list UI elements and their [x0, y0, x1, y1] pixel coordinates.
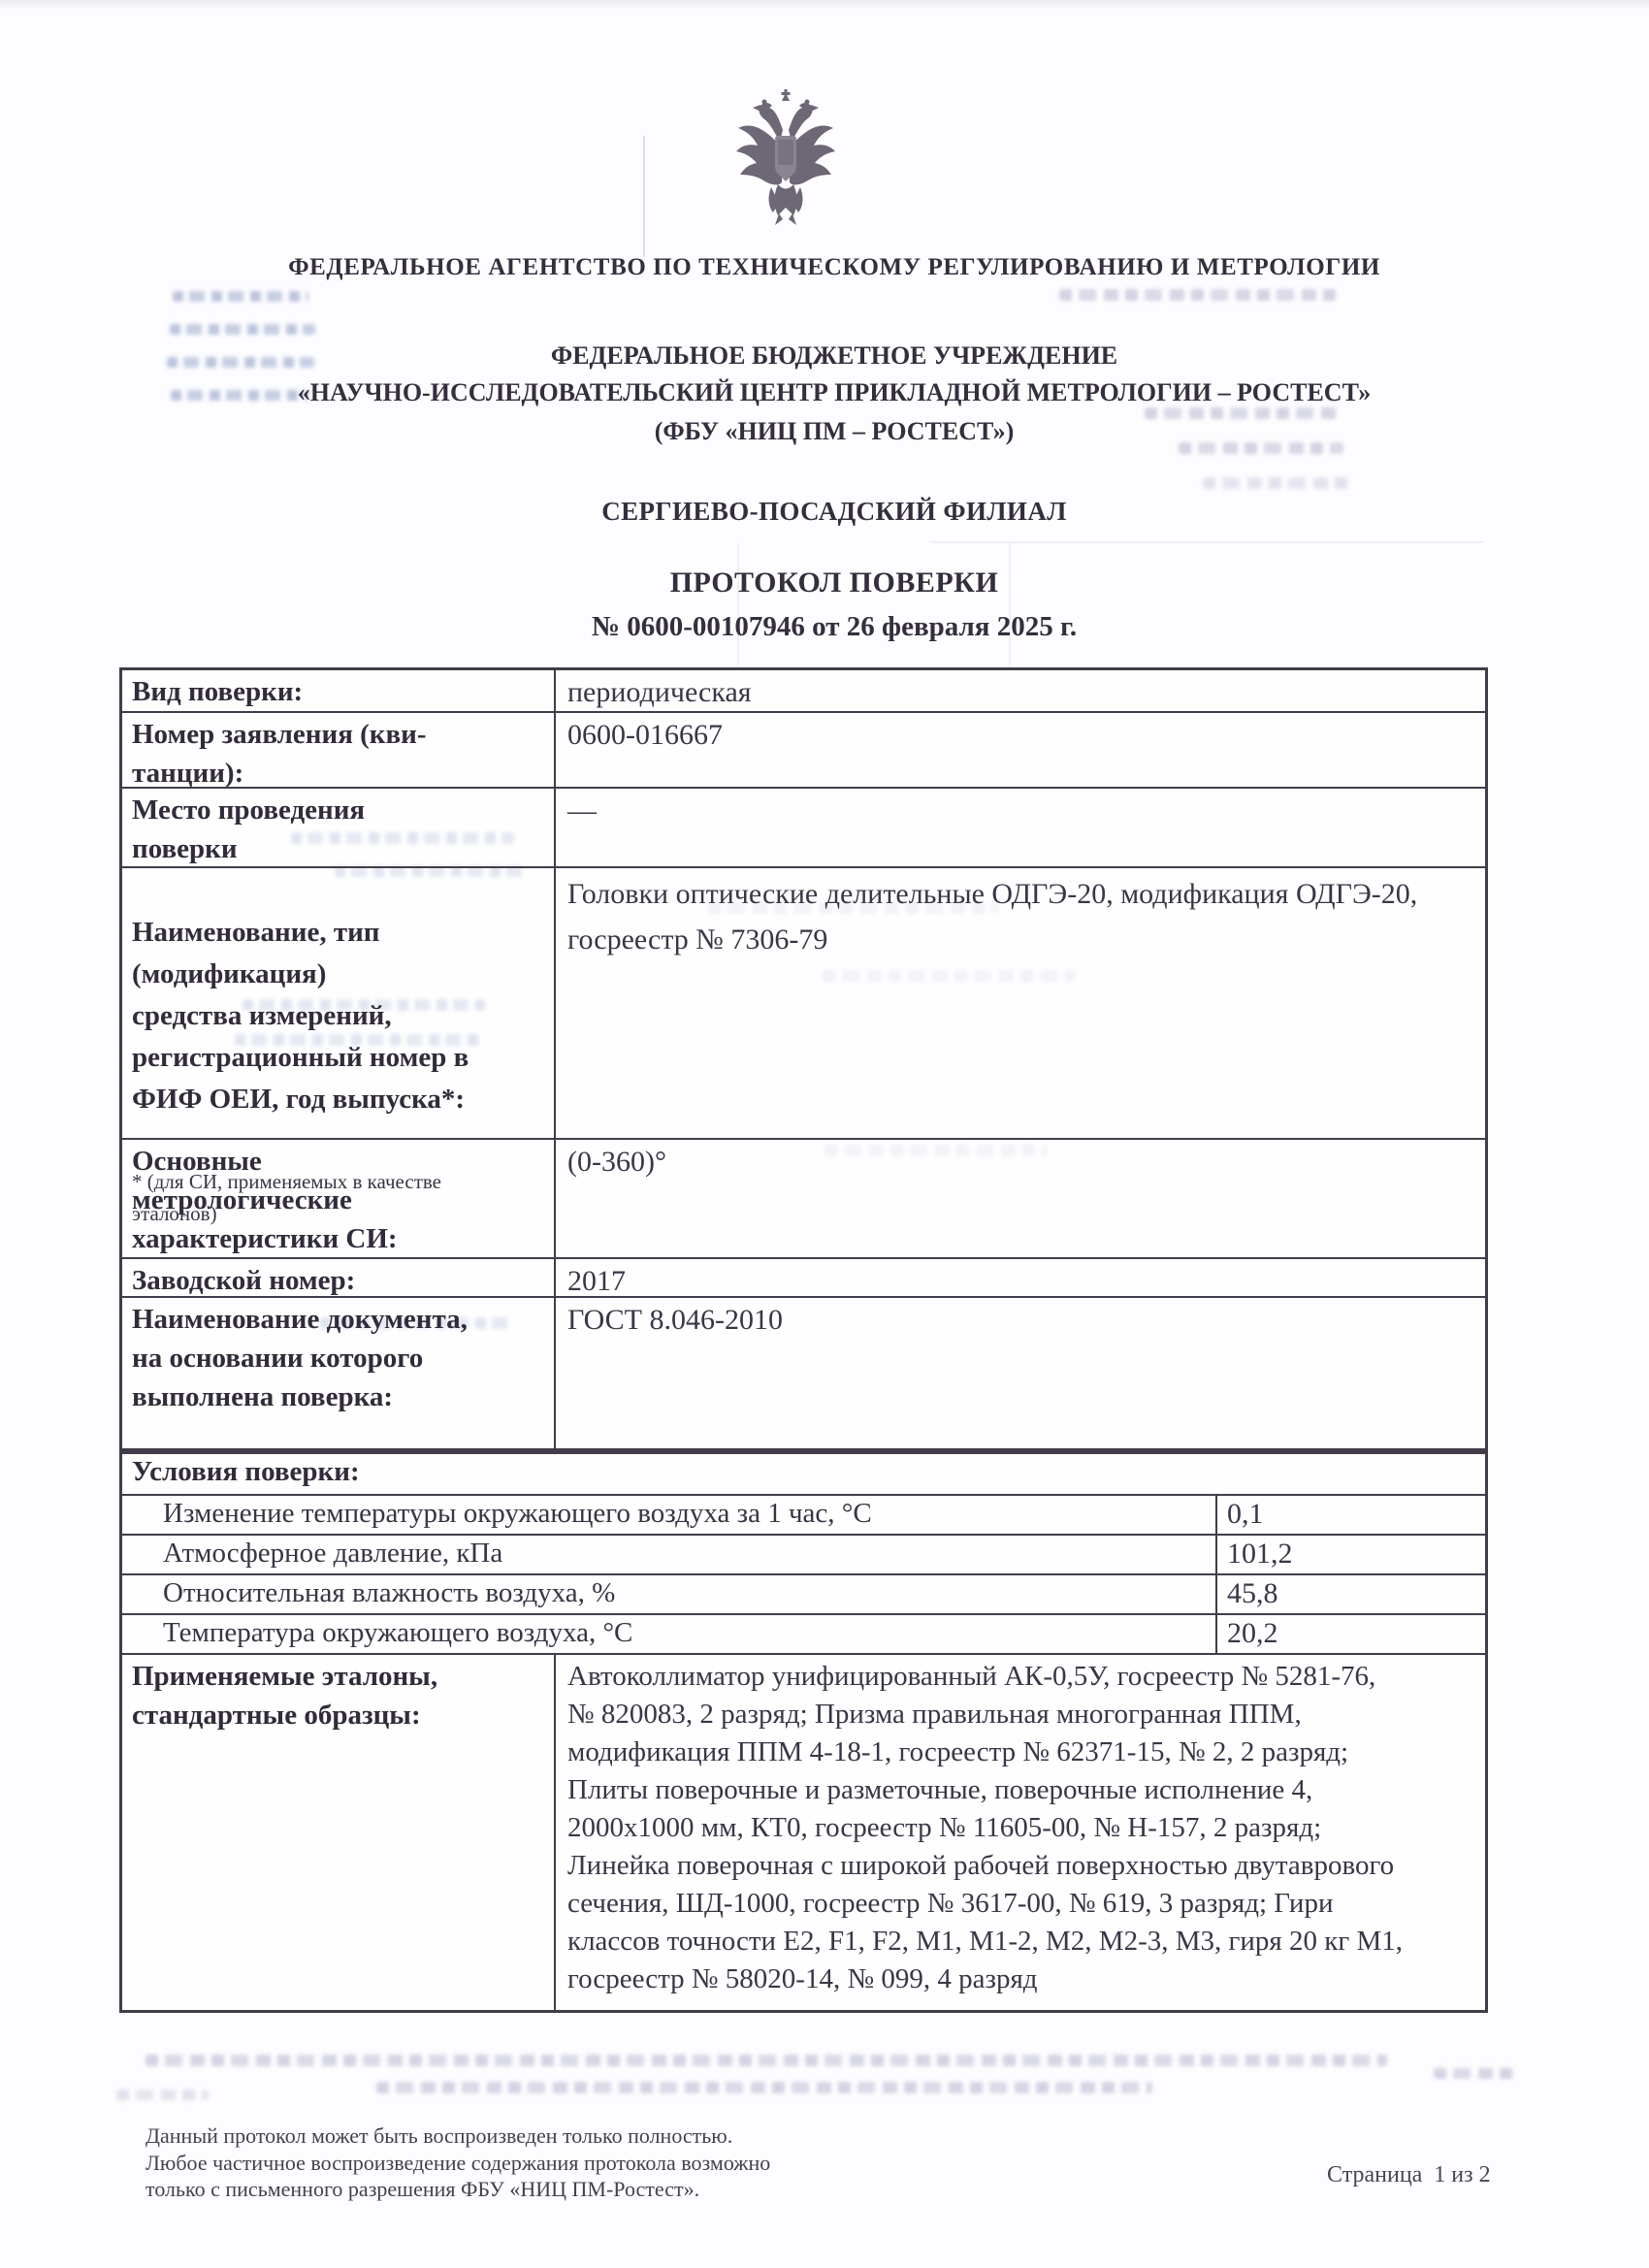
serial-number-value: 2017 [556, 1259, 1485, 1296]
condition-row-ambient-temperature: Температура окружающего воздуха, °С 20,2 [122, 1613, 1485, 1653]
page-number: Страница 1 из 2 [1327, 2162, 1491, 2188]
bleed-through-artifact [1434, 2068, 1516, 2079]
temperature-change-label: Изменение температуры окружающего воздух… [122, 1496, 1215, 1534]
bleed-through-line [931, 541, 1484, 543]
reproduction-notice-line3: только с письменного разрешения ФБУ «НИЦ… [145, 2176, 770, 2203]
table-row-metrological-characteristics: Основные метрологические характеристики … [122, 1138, 1485, 1257]
condition-row-atmospheric-pressure: Атмосферное давление, кПа 101,2 [122, 1534, 1485, 1573]
table-row-verification-type: Вид поверки: периодическая [122, 670, 1485, 711]
verification-place-value: — [556, 789, 1485, 866]
instrument-name-value: Головки оптические делительные ОДГЭ-20, … [556, 868, 1485, 1138]
temperature-change-value: 0,1 [1215, 1496, 1485, 1534]
bleed-through-line [1009, 543, 1011, 665]
protocol-info-table: Вид поверки: периодическая Номер заявлен… [119, 667, 1488, 1451]
ambient-temperature-label: Температура окружающего воздуха, °С [122, 1615, 1215, 1653]
bleed-through-artifact [170, 324, 315, 335]
org-name-line2: «НАУЧНО-ИССЛЕДОВАТЕЛЬСКИЙ ЦЕНТР ПРИКЛАДН… [19, 378, 1649, 407]
table-row-application-number: Номер заявления (кви- танции): 0600-0166… [122, 711, 1485, 787]
basis-document-label: Наименование документа, на основании кот… [122, 1298, 556, 1448]
reproduction-notice-line1: Данный протокол может быть воспроизведен… [145, 2122, 770, 2150]
bleed-through-artifact [1059, 289, 1336, 301]
bleed-through-artifact [1203, 477, 1348, 489]
verification-place-label: Место проведения поверки [122, 789, 556, 866]
instrument-name-label-main: Наименование, тип (модификация) средства… [132, 912, 546, 1120]
conditions-header: Условия поверки: [122, 1454, 1485, 1494]
application-number-label: Номер заявления (кви- танции): [122, 713, 556, 787]
table-row-basis-document: Наименование документа, на основании кот… [122, 1296, 1485, 1448]
bleed-through-artifact [376, 2082, 1152, 2093]
applied-standards-label: Применяемые эталоны, стандартные образцы… [122, 1655, 556, 2010]
bleed-through-line [737, 543, 739, 665]
bleed-through-line [643, 136, 645, 257]
instrument-name-label: Наименование, тип (модификация) средства… [122, 868, 556, 1138]
table-row-serial-number: Заводской номер: 2017 [122, 1257, 1485, 1296]
bleed-through-artifact [116, 2090, 209, 2100]
org-name-line1: ФЕДЕРАЛЬНОЕ БЮДЖЕТНОЕ УЧРЕЖДЕНИЕ [19, 341, 1649, 371]
document-number: № 0600-00107946 от 26 февраля 2025 г. [19, 611, 1649, 643]
table-row-applied-standards: Применяемые эталоны, стандартные образцы… [122, 1653, 1485, 2010]
atmospheric-pressure-label: Атмосферное давление, кПа [122, 1536, 1215, 1573]
atmospheric-pressure-value: 101,2 [1215, 1536, 1485, 1573]
ambient-temperature-value: 20,2 [1215, 1615, 1485, 1653]
verification-type-value: периодическая [556, 670, 1485, 711]
table-row-verification-place: Место проведения поверки — [122, 787, 1485, 866]
verification-type-label: Вид поверки: [122, 670, 556, 711]
reproduction-notice-line2: Любое частичное воспроизведение содержан… [145, 2150, 770, 2177]
serial-number-label: Заводской номер: [122, 1259, 556, 1296]
relative-humidity-label: Относительная влажность воздуха, % [122, 1575, 1215, 1613]
double-headed-eagle-icon [734, 89, 837, 227]
application-number-value: 0600-016667 [556, 713, 1485, 787]
applied-standards-value: Автоколлиматор унифицированный АК-0,5У, … [556, 1655, 1485, 2010]
document-title: ПРОТОКОЛ ПОВЕРКИ [19, 567, 1649, 599]
branch-name: СЕРГИЕВО-ПОСАДСКИЙ ФИЛИАЛ [19, 497, 1649, 527]
condition-row-temperature-change: Изменение температуры окружающего воздух… [122, 1494, 1485, 1534]
bleed-through-artifact [145, 2055, 1387, 2066]
metrological-characteristics-label: Основные метрологические характеристики … [122, 1140, 556, 1257]
agency-name: ФЕДЕРАЛЬНОЕ АГЕНТСТВО ПО ТЕХНИЧЕСКОМУ РЕ… [19, 254, 1649, 281]
metrological-characteristics-value: (0-360)° [556, 1140, 1485, 1257]
relative-humidity-value: 45,8 [1215, 1575, 1485, 1613]
condition-row-relative-humidity: Относительная влажность воздуха, % 45,8 [122, 1573, 1485, 1613]
scanned-document-page: ФЕДЕРАЛЬНОЕ АГЕНТСТВО ПО ТЕХНИЧЕСКОМУ РЕ… [0, 0, 1649, 2268]
basis-document-value: ГОСТ 8.046-2010 [556, 1298, 1485, 1448]
bleed-through-artifact [173, 291, 308, 302]
org-name-short: (ФБУ «НИЦ ПМ – РОСТЕСТ») [19, 417, 1649, 446]
table-row-instrument-name: Наименование, тип (модификация) средства… [122, 866, 1485, 1138]
reproduction-notice: Данный протокол может быть воспроизведен… [145, 2122, 770, 2203]
verification-conditions-table: Условия поверки: Изменение температуры о… [119, 1451, 1488, 2013]
